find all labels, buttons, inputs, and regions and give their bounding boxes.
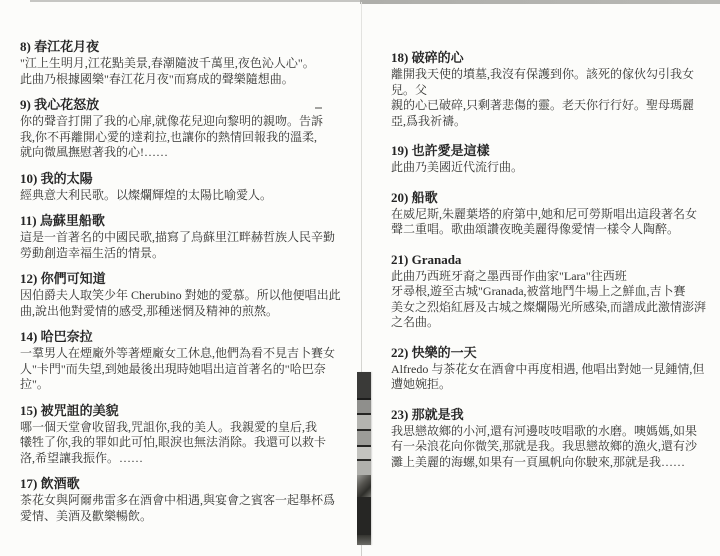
song-item-heading: 10) 我的太陽 — [20, 171, 352, 186]
song-item: 21) Granada 此曲乃西班牙裔之墨西哥作曲家"Lara"往西班 牙尋根,… — [391, 252, 715, 331]
song-item-heading: 23) 那就是我 — [391, 407, 715, 422]
song-item: 23) 那就是我 我思戀故鄉的小河,還有河邊吱吱唱歌的水磨。噢媽媽,如果 有一朵… — [391, 407, 715, 471]
strip-segment — [357, 415, 371, 429]
song-item-description: 你的聲音打開了我的心扉,就像花兒迎向黎明的親吻。告訴 我,你不再離開心愛的達莉拉… — [20, 114, 352, 161]
song-item-description: 此曲乃西班牙裔之墨西哥作曲家"Lara"往西班 牙尋根,遊至古城"Granada… — [391, 269, 715, 331]
song-item: 18) 破碎的心 離開我天使的墳墓,我沒有保護到你。該死的傢伙勾引我女 兒。父 … — [391, 50, 715, 129]
gutter-photo-strip — [357, 372, 371, 545]
song-item-heading: 21) Granada — [391, 252, 715, 267]
song-item: 9) 我心花怒放 你的聲音打開了我的心扉,就像花兒迎向黎明的親吻。告訴 我,你不… — [20, 97, 352, 161]
song-item: 8) 春江花月夜 "江上生明月,江花點美景,春潮隨波千萬里,夜色沁人心"。 此曲… — [20, 39, 352, 87]
song-item-heading: 20) 船歌 — [391, 190, 715, 205]
strip-segment — [357, 535, 371, 545]
scan-edge-top-left — [30, 0, 360, 2]
song-item-heading: 15) 被咒詛的美貌 — [20, 403, 352, 418]
song-item: 22) 快樂的一天 Alfredo 与茶花女在酒會中再度相遇, 他唱出對她一見鍾… — [391, 345, 715, 393]
strip-segment — [357, 431, 371, 445]
song-item-heading: 11) 烏蘇里船歌 — [20, 213, 352, 228]
song-item-heading: 12) 你們可知道 — [20, 271, 352, 286]
song-item-heading: 8) 春江花月夜 — [20, 39, 352, 54]
song-item-description: 此曲乃美國近代流行曲。 — [391, 160, 715, 176]
left-page: 8) 春江花月夜 "江上生明月,江花點美景,春潮隨波千萬里,夜色沁人心"。 此曲… — [20, 39, 352, 534]
song-item: 10) 我的太陽 經典意大利民歌。以燦爛輝煌的太陽比喻愛人。 — [20, 171, 352, 204]
song-item-description: "江上生明月,江花點美景,春潮隨波千萬里,夜色沁人心"。 此曲乃根據國樂"春江花… — [20, 56, 352, 87]
song-item-heading: 9) 我心花怒放 — [20, 97, 352, 112]
song-item-description: 因伯爵夫人取笑少年 Cherubino 對她的愛慕。所以他便唱出此 曲,說出他對… — [20, 288, 352, 319]
scan-edge-top-right — [360, 0, 720, 4]
song-item-description: 這是一首著名的中國民歌,描寫了烏蘇里江畔赫哲族人民辛勤 勞動創造幸福生活的情景。 — [20, 230, 352, 261]
song-item-description: 在威尼斯,朱麗葉塔的府第中,她和尼可勞斯唱出這段著名女 聲二重唱。歌曲頌讚夜晚美… — [391, 207, 715, 238]
song-item-description: 我思戀故鄉的小河,還有河邊吱吱唱歌的水磨。噢媽媽,如果 有一朵浪花向你微笑,那就… — [391, 424, 715, 471]
song-item-description: 茶花女與阿爾弗雷多在酒會中相遇,與宴會之賓客一起舉杯爲 愛情、美酒及歡樂暢飲。 — [20, 493, 352, 524]
song-item: 12) 你們可知道 因伯爵夫人取笑少年 Cherubino 對她的愛慕。所以他便… — [20, 271, 352, 319]
song-item-description: 離開我天使的墳墓,我沒有保護到你。該死的傢伙勾引我女 兒。父 親的心已破碎,只剩… — [391, 67, 715, 129]
song-item: 17) 飲酒歌 茶花女與阿爾弗雷多在酒會中相遇,與宴會之賓客一起舉杯爲 愛情、美… — [20, 476, 352, 524]
scanned-booklet-spread: 8) 春江花月夜 "江上生明月,江花點美景,春潮隨波千萬里,夜色沁人心"。 此曲… — [0, 0, 720, 556]
strip-segment — [357, 372, 371, 398]
strip-segment — [357, 400, 371, 413]
song-item-heading: 14) 哈巴奈拉 — [20, 329, 352, 344]
song-item-heading: 22) 快樂的一天 — [391, 345, 715, 360]
song-item: 14) 哈巴奈拉 一羣男人在煙廠外等著煙廠女工休息,他們為看不見吉卜賽女 人"卡… — [20, 329, 352, 393]
song-item-description: 一羣男人在煙廠外等著煙廠女工休息,他們為看不見吉卜賽女 人"卡門"而失望,到她最… — [20, 346, 352, 393]
song-item-heading: 19) 也許愛是這樣 — [391, 143, 715, 158]
strip-segment — [357, 447, 371, 459]
song-item: 15) 被咒詛的美貌 哪一個天堂會收留我,咒詛你,我的美人。我親愛的皇后,我 犧… — [20, 403, 352, 467]
song-item-description: 哪一個天堂會收留我,咒詛你,我的美人。我親愛的皇后,我 犧牲了你,我的罪如此可怕… — [20, 420, 352, 467]
song-item: 20) 船歌 在威尼斯,朱麗葉塔的府第中,她和尼可勞斯唱出這段著名女 聲二重唱。… — [391, 190, 715, 238]
strip-segment — [357, 475, 371, 497]
song-item-description: 經典意大利民歌。以燦爛輝煌的太陽比喻愛人。 — [20, 188, 352, 204]
song-item: 11) 烏蘇里船歌 這是一首著名的中國民歌,描寫了烏蘇里江畔赫哲族人民辛勤 勞動… — [20, 213, 352, 261]
right-page: 18) 破碎的心 離開我天使的墳墓,我沒有保護到你。該死的傢伙勾引我女 兒。父 … — [391, 50, 715, 484]
song-item-heading: 17) 飲酒歌 — [20, 476, 352, 491]
song-item-description: Alfredo 与茶花女在酒會中再度相遇, 他唱出對她一見鍾情,但 遭她婉拒。 — [391, 362, 715, 393]
song-item: 19) 也許愛是這樣 此曲乃美國近代流行曲。 — [391, 143, 715, 176]
strip-segment — [357, 497, 371, 535]
strip-segment — [357, 461, 371, 475]
song-item-heading: 18) 破碎的心 — [391, 50, 715, 65]
